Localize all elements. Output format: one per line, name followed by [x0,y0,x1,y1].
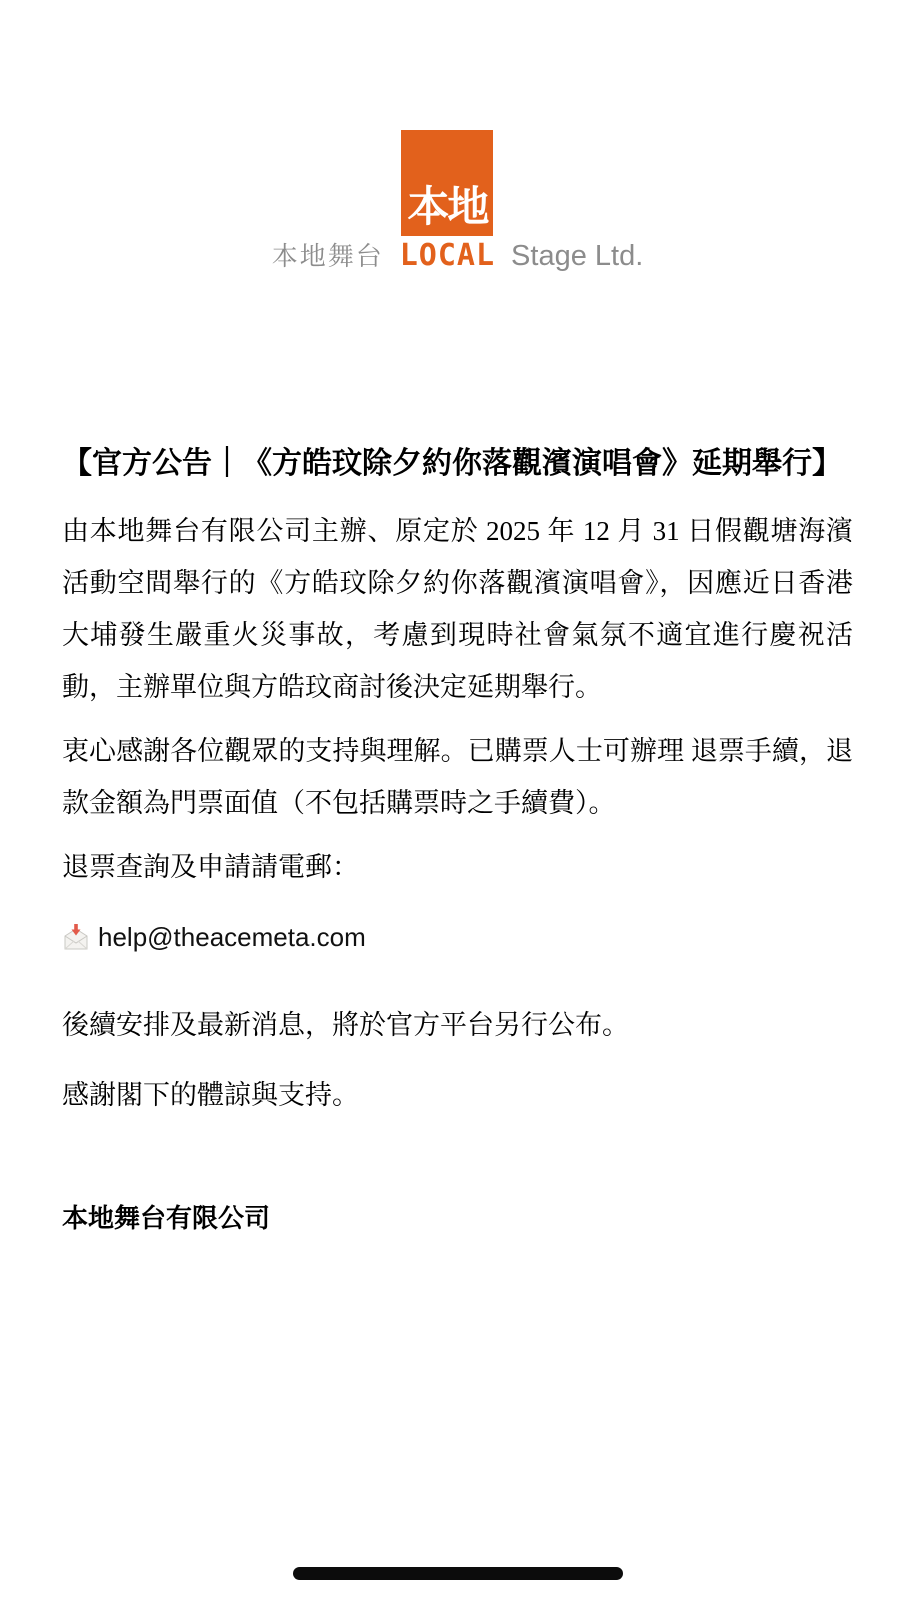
home-indicator-bar[interactable] [293,1567,623,1580]
company-logo: 本地舞台 本地 LOCAL Stage Ltd. [0,134,915,273]
announcement-paragraph-2: 衷心感謝各位觀眾的支持與理解。已購票人士可辦理 退票手續，退款金額為門票面值（不… [62,725,853,829]
refund-email-line: help@theacemeta.com [62,911,853,963]
logo-wordmark: LOCAL [400,238,495,273]
logo-company-suffix: Stage Ltd. [511,240,643,273]
announcement-paragraph-1: 由本地舞台有限公司主辦、原定於 2025 年 12 月 31 日假觀塘海濱活動空… [62,505,853,713]
announcement-document: 【官方公告｜《方皓玟除夕約你落觀濱演唱會》延期舉行】 由本地舞台有限公司主辦、原… [0,443,915,1238]
logo-square-icon: 本地 [401,130,493,236]
logo-company-name-cjk: 本地舞台 [272,236,384,273]
announcement-paragraph-3: 退票查詢及申請請電郵： [62,841,853,893]
logo-square-text: 本地 [407,186,487,228]
logo-lockup: 本地舞台 本地 LOCAL Stage Ltd. [272,236,644,273]
logo-mark: 本地 LOCAL [400,238,495,273]
announcement-paragraph-5: 感謝閣下的體諒與支持。 [62,1069,853,1121]
signature-company-name: 本地舞台有限公司 [62,1198,853,1238]
email-envelope-icon [62,923,90,951]
announcement-title: 【官方公告｜《方皓玟除夕約你落觀濱演唱會》延期舉行】 [62,443,853,485]
announcement-paragraph-4: 後續安排及最新消息，將於官方平台另行公布。 [62,999,853,1051]
refund-email-address: help@theacemeta.com [98,911,366,963]
